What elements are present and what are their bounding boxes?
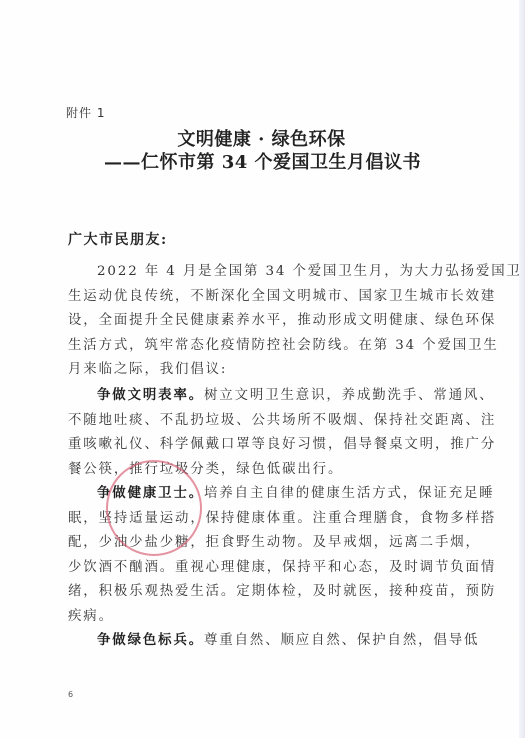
- intro-line: 设，全面提升全民健康素养水平，推动形成文明健康、绿色环保: [68, 309, 452, 334]
- section-line: 疾病。: [68, 605, 452, 630]
- intro-line: 生活方式，筑牢常态化疫情防控社会防线。在第 34 个爱国卫生: [68, 334, 452, 359]
- section-line: 少饮酒不酗酒。重视心理健康，保持平和心态，及时调节负面情: [68, 556, 452, 581]
- section-line: 不随地吐痰、不乱扔垃圾、公共场所不吸烟、保持社交距离、注: [68, 409, 452, 434]
- section-line: 配，少油少盐少糖，拒食野生动物。及早戒烟，远离二手烟，: [68, 531, 452, 556]
- intro-line: 生运动优良传统，不断深化全国文明城市、国家卫生城市长效建: [68, 285, 452, 310]
- page-edge-shadow: [519, 0, 525, 738]
- section-line: 餐公筷，推行垃圾分类，绿色低碳出行。: [68, 458, 452, 483]
- section-health-guardian: 争做健康卫士。培养自主自律的健康生活方式，保证充足睡 眠，坚持适量运动，保持健康…: [68, 481, 452, 629]
- salutation: 广大市民朋友:: [68, 229, 168, 249]
- section-line: 眠，坚持适量运动，保持健康体重。注重合理膳食，食物多样搭: [68, 507, 452, 532]
- intro-line: 2022 年 4 月是全国第 34 个爱国卫生月，为大力弘扬爱国卫: [68, 260, 452, 285]
- intro-line: 月来临之际，我们倡议:: [68, 358, 452, 383]
- document-subtitle: ——仁怀市第 34 个爱国卫生月倡议书: [3, 148, 522, 174]
- section-first-line: 争做文明表率。树立文明卫生意识，养成勤洗手、常通风、: [68, 383, 452, 409]
- section-heading: 争做绿色标兵。: [97, 632, 204, 648]
- section-green-pioneer: 争做绿色标兵。尊重自然、顺应自然、保护自然，倡导低: [68, 628, 452, 654]
- section-text: 尊重自然、顺应自然、保护自然，倡导低: [204, 633, 479, 648]
- section-text: 树立文明卫生意识，养成勤洗手、常通风、: [204, 388, 495, 403]
- attachment-label: 附件 1: [66, 104, 105, 121]
- section-heading: 争做文明表率。: [97, 387, 204, 403]
- section-first-line: 争做绿色标兵。尊重自然、顺应自然、保护自然，倡导低: [68, 628, 452, 654]
- section-line: 重咳嗽礼仪、科学佩戴口罩等良好习惯，倡导餐桌文明，推广分: [68, 433, 452, 458]
- section-text: 培养自主自律的健康生活方式，保证充足睡: [204, 486, 495, 501]
- page-number: 6: [68, 690, 73, 699]
- section-line: 绪，积极乐观热爱生活。定期体检，及时就医，接种疫苗，预防: [68, 580, 452, 605]
- section-heading: 争做健康卫士。: [97, 485, 204, 501]
- intro-paragraph: 2022 年 4 月是全国第 34 个爱国卫生月，为大力弘扬爱国卫 生运动优良传…: [68, 260, 452, 383]
- document-page: 附件 1 文明健康 · 绿色环保 ——仁怀市第 34 个爱国卫生月倡议书 广大市…: [0, 0, 519, 738]
- section-civilized-model: 争做文明表率。树立文明卫生意识，养成勤洗手、常通风、 不随地吐痰、不乱扔垃圾、公…: [68, 383, 452, 482]
- section-first-line: 争做健康卫士。培养自主自律的健康生活方式，保证充足睡: [68, 481, 452, 507]
